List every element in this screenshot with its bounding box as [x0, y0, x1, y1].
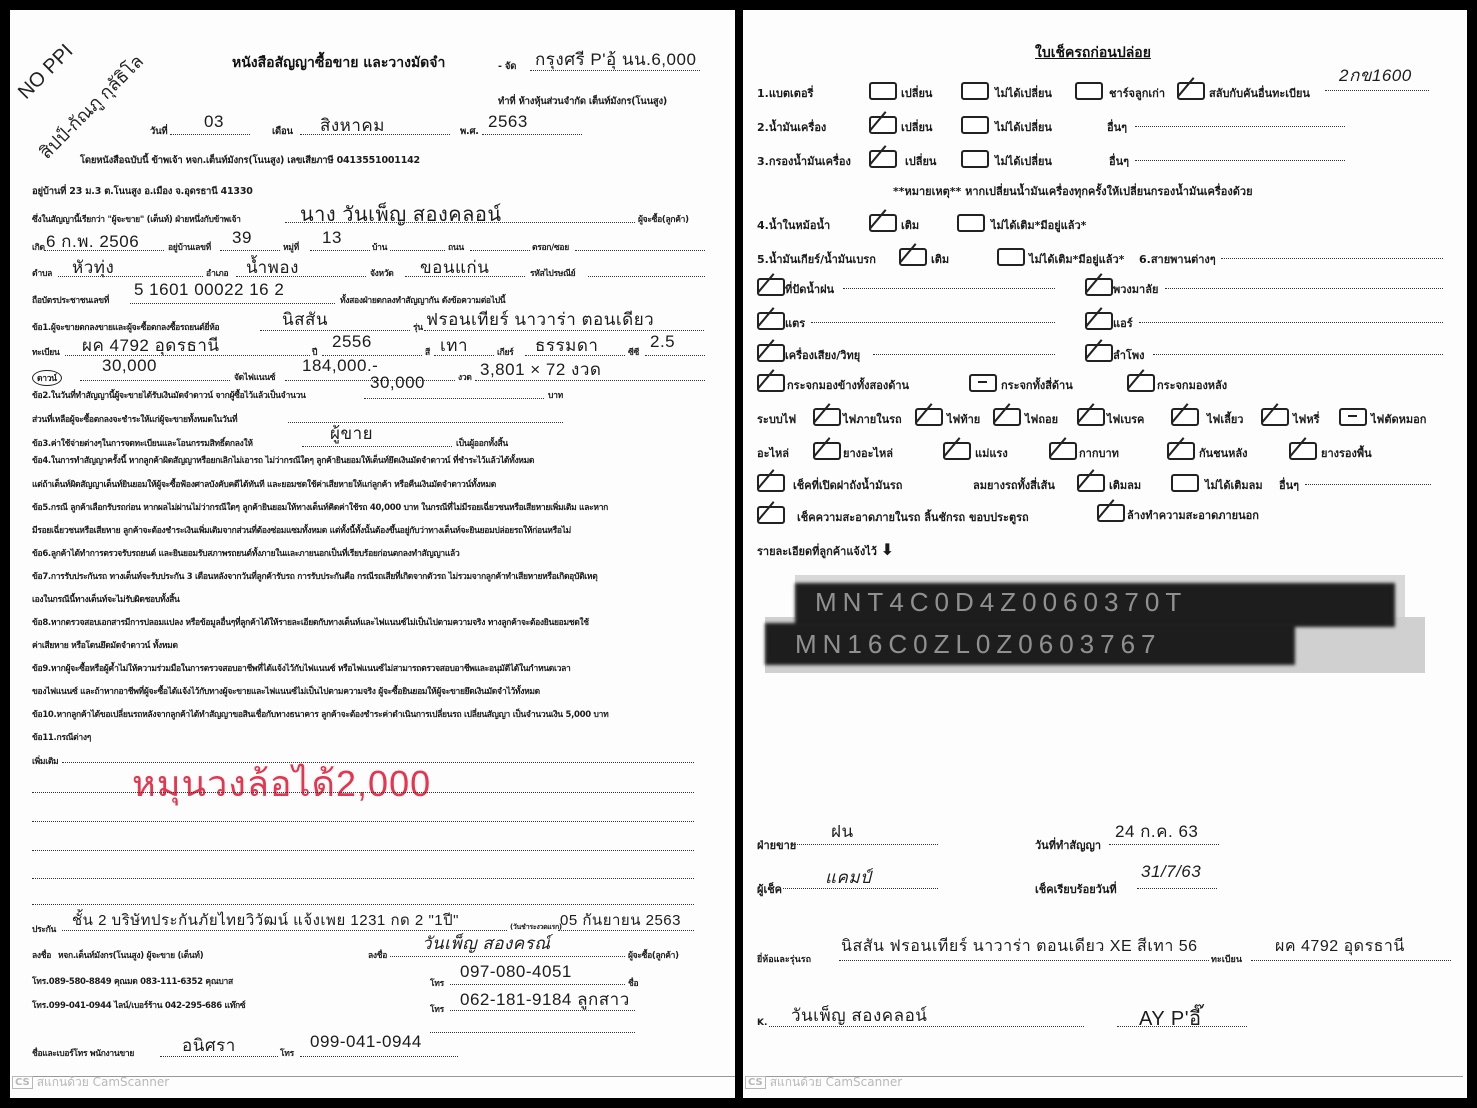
- sales-side-label: ฝ่ายขาย: [757, 836, 796, 854]
- interior-light-checkbox[interactable]: [813, 408, 841, 426]
- installment-value: 3,801 × 72 งวด: [480, 356, 601, 383]
- floor-mat-checkbox[interactable]: [1289, 442, 1317, 460]
- radio-checkbox[interactable]: [757, 344, 785, 362]
- year-value: 2563: [488, 112, 528, 132]
- horn-label: แตร: [785, 314, 805, 332]
- gear-brake-not-filled-label: ไม่ได้เติม*มีอยู่แล้ว*: [1029, 250, 1124, 268]
- clause4-line1: ข้อ4.ในการทำสัญญาครั้งนี้ หากลูกค้าผิดสั…: [32, 453, 534, 467]
- reg-label: ทะเบียน: [32, 345, 59, 359]
- rear-bumper-checkbox[interactable]: [1167, 442, 1195, 460]
- house-value: 39: [232, 228, 252, 248]
- customer-name: วันเพ็ญ สองคลอน์: [791, 1002, 927, 1029]
- brake-light-checkbox[interactable]: [1077, 408, 1105, 426]
- village-label: บ้าน: [372, 240, 387, 254]
- extra-label: เพิ่มเติม: [32, 754, 58, 768]
- watermark-text: สแกนด้วย CamScanner: [770, 1073, 902, 1092]
- salesperson-phone-label: โทร: [280, 1046, 294, 1060]
- radiator-fill-label: เติม: [901, 216, 919, 234]
- wiper-checkbox[interactable]: [757, 278, 785, 296]
- clause7-line2: เองในกรณีนี้ทางเต็นท์จะไม่รับผิดชอบทั้งส…: [32, 592, 180, 606]
- checklist-page: ใบเช็ครถก่อนปล่อย 1.แบตเตอรี่ เปลี่ยน ไม…: [743, 10, 1467, 1098]
- clean-outside-label: ล้างทำความสะอาดภายนอก: [1127, 506, 1259, 524]
- remaining-text: ส่วนที่เหลือผู้จะซื้อตกลงจะชำระให้แก่ผู้…: [32, 412, 237, 426]
- clause9-line2: ของไฟแนนซ์ และถ้าหากอาชีพที่ผู้จะซื้อได้…: [32, 684, 540, 698]
- contract-page: NO PPI สิปป์-กัณภู กุลัธิโล หนังสือสัญญา…: [10, 10, 735, 1098]
- horn-checkbox[interactable]: [757, 312, 785, 330]
- engine-oil-label: 2.น้ำมันเครื่อง: [757, 118, 826, 136]
- camscanner-logo-icon: CS: [12, 1076, 33, 1089]
- reverse-light-checkbox[interactable]: [993, 408, 1021, 426]
- year-label: พ.ศ.: [460, 124, 479, 139]
- car-model: ฟรอนเทียร์ นาวาร่า ตอนเดียว: [426, 306, 654, 333]
- handwritten-stamp-1: NO PPI: [14, 40, 78, 104]
- tire-inflate-checkbox[interactable]: [1077, 474, 1105, 492]
- aircon-label: แอร์: [1113, 314, 1133, 332]
- watermark-text: สแกนด้วย CamScanner: [37, 1073, 169, 1092]
- sales-side-value: ฝน: [831, 818, 854, 845]
- aircon-checkbox[interactable]: [1085, 312, 1113, 330]
- clause5-line1: ข้อ5.กรณี ลูกค้าเลือกรับรถก่อน หากผลไม่ผ…: [32, 500, 608, 514]
- floor-mat-label: ยางรองพื้น: [1321, 444, 1372, 462]
- soi-label: ตรอก/ซอย: [532, 240, 569, 254]
- radiator-not-filled-label: ไม่ได้เติม*มีอยู่แล้ว*: [991, 216, 1086, 234]
- battery-label: 1.แบตเตอรี่: [757, 84, 813, 102]
- seller-sign-label: ลงชื่อ: [32, 948, 51, 962]
- clause2-text: ข้อ2.ในวันที่ทำสัญญานี้ผู้จะขายได้รับเงิ…: [32, 388, 306, 402]
- checked-date-value: 31/7/63: [1141, 862, 1201, 882]
- day-value: 03: [204, 112, 224, 132]
- steering-label: พวงมาลัย: [1113, 280, 1158, 298]
- gear-brake-oil-label: 5.น้ำมันเกียร์/น้ำมันเบรก: [757, 250, 876, 268]
- installment-label: งวด: [458, 370, 472, 384]
- speaker-label: ลำโพง: [1113, 346, 1144, 364]
- oil-filter-replace-label: เปลี่ยน: [905, 152, 936, 170]
- all-windows-label: กระจกทั้งสี่ด้าน: [1001, 376, 1073, 394]
- plate-value: ผค 4792 อุดรธานี: [1275, 934, 1405, 959]
- finance-value: 184,000.-: [302, 356, 378, 376]
- engine-oil-other-label: อื่นๆ: [1107, 118, 1127, 136]
- engine-oil-not-replaced-label: ไม่ได้เปลี่ยน: [995, 118, 1052, 136]
- arrow-down-icon: ⬇: [881, 540, 894, 559]
- parking-light-checkbox[interactable]: [1261, 408, 1289, 426]
- contract-date-label: วันที่ทำสัญญา: [1035, 836, 1101, 854]
- tire-other-label: อื่นๆ: [1279, 476, 1299, 494]
- zip-label: รหัสไปรษณีย์: [530, 266, 575, 280]
- radiator-water-label: 4.น้ำในหม้อน้ำ: [757, 216, 830, 234]
- parts-label: อะไหล่: [757, 444, 789, 462]
- salesperson-name: อนิศรา: [182, 1032, 236, 1059]
- buyer-sign-label: ลงชื่อ: [368, 948, 387, 962]
- plate-label: ทะเบียน: [1211, 952, 1242, 966]
- oil-filter-not-replaced-checkbox[interactable]: [961, 150, 989, 168]
- camscanner-watermark: CS สแกนด้วย CamScanner: [12, 1073, 169, 1092]
- battery-charged-label: ชาร์จลูกเก่า: [1109, 84, 1165, 102]
- redacted-line-1: MNT4C0D4Z0060370T: [815, 587, 1187, 618]
- gear-brake-fill-label: เติม: [931, 250, 949, 268]
- id-value: 5 1601 00022 16 2: [134, 280, 284, 300]
- jack-label: แม่แรง: [975, 444, 1008, 462]
- brake-light-label: ไฟเบรค: [1107, 410, 1144, 428]
- insurance-label: ประกัน: [32, 922, 56, 936]
- battery-not-replaced-checkbox[interactable]: [961, 82, 989, 100]
- battery-charged-checkbox[interactable]: [1075, 82, 1103, 100]
- id-suffix: ทั้งสองฝ่ายตกลงทำสัญญากัน ดังข้อความต่อไ…: [340, 293, 505, 307]
- clause8-line2: ค่าเสียหาย หรือโดนยึดมัดจำดาวน์ ทั้งหมด: [32, 638, 178, 652]
- tail-light-checkbox[interactable]: [915, 408, 943, 426]
- shop-phone-1: โทร.089-580-8849 คุณมด 083-111-6352 คุณบ…: [32, 974, 233, 988]
- turn-signal-label: ไฟเลี้ยว: [1207, 410, 1243, 428]
- clause3-text: ข้อ3.ค่าใช้จ่ายต่างๆในการจดทะเบียนและโอน…: [32, 436, 253, 450]
- fog-light-checkbox[interactable]: [1339, 408, 1367, 426]
- clause3-suffix: เป็นผู้ออกทั้งสิ้น: [456, 436, 508, 450]
- battery-replace-label: เปลี่ยน: [901, 84, 932, 102]
- belts-label: 6.สายพานต่างๆ: [1139, 250, 1216, 268]
- battery-not-replaced-label: ไม่ได้เปลี่ยน: [995, 84, 1052, 102]
- engine-oil-not-replaced-checkbox[interactable]: [961, 116, 989, 134]
- wiper-label: ที่ปัดน้ำฝน: [785, 280, 834, 298]
- cc-value: 2.5: [650, 332, 675, 352]
- clean-inside-label: เช็คความสะอาดภายในรถ ลิ้นชักรถ ขอบประตูร…: [797, 508, 1029, 526]
- gear-brake-fill-checkbox[interactable]: [899, 248, 927, 266]
- lug-wrench-checkbox[interactable]: [1049, 442, 1077, 460]
- oil-filter-other-label: อื่นๆ: [1109, 152, 1129, 170]
- car-brand: นิสสัน: [282, 306, 328, 333]
- radiator-not-filled-checkbox[interactable]: [957, 214, 985, 232]
- moo-label: หมู่ที่: [283, 240, 299, 254]
- rear-mirror-label: กระจกมองหลัง: [1157, 376, 1227, 394]
- made-at: ทำที่ ห้างหุ้นส่วนจำกัด เต็นท์มังกร(โนนส…: [498, 94, 667, 109]
- interior-light-label: ไฟภายในรถ: [843, 410, 902, 428]
- tire-not-inflated-checkbox[interactable]: [1171, 474, 1199, 492]
- redacted-vin-block: MNT4C0D4Z0060370T MN16C0ZL0Z0603767: [765, 565, 1415, 675]
- buyer-signature: วันเพ็ญ สองครณ์: [422, 930, 551, 957]
- fuel-cap-checkbox[interactable]: [757, 474, 785, 492]
- steering-checkbox[interactable]: [1085, 278, 1113, 296]
- oil-filter-replace-checkbox[interactable]: [869, 150, 897, 168]
- day-label: วันที่: [150, 124, 168, 139]
- clean-inside-checkbox[interactable]: [757, 506, 785, 524]
- color-label: สี: [425, 345, 430, 359]
- rear-mirror-checkbox[interactable]: [1127, 374, 1155, 392]
- spare-tire-label: ยางอะไหล่: [843, 444, 893, 462]
- buyer-phone-2: 062-181-9184 ลูกสาว: [460, 986, 630, 1013]
- spare-tire-checkbox[interactable]: [813, 442, 841, 460]
- battery-replace-checkbox[interactable]: [869, 82, 897, 100]
- tail-light-label: ไฟท้าย: [947, 410, 980, 428]
- handwritten-red-note: หมุนวงล้อได้2,000: [132, 755, 431, 812]
- battery-swapped-checkbox[interactable]: [1177, 82, 1205, 100]
- first-due-value: 05 กันยายน 2563: [560, 908, 681, 932]
- checklist-title: ใบเช็ครถก่อนปล่อย: [1035, 42, 1151, 64]
- province-label: จังหวัด: [370, 266, 394, 280]
- lights-label: ระบบไฟ: [757, 410, 796, 428]
- road-label: ถนน: [448, 240, 464, 254]
- vehicle-label: ยี่ห้อและรุ่นรถ: [757, 952, 811, 966]
- battery-swapped-label: สลับกับคันอื่นทะเบียน: [1209, 84, 1310, 102]
- insurance-value: ชั้น 2 บริษัทประกันภัยไทยวิวัฒน์ แจ้งเพย…: [72, 908, 459, 932]
- customer-prefix: K.: [757, 1018, 767, 1028]
- address-text: อยู่บ้านที่ 23 ม.3 ต.โนนสูง อ.เมือง จ.อุ…: [32, 184, 253, 199]
- fee-payer: ผู้ขาย: [330, 420, 373, 447]
- buyer-phone-1: 097-080-4051: [460, 962, 572, 982]
- clause6: ข้อ6.ลูกค้าได้ทำการตรวจรับรถยนต์ และยินย…: [32, 546, 459, 560]
- oil-filter-label: 3.กรองน้ำมันเครื่อง: [757, 152, 851, 170]
- salesperson-phone: 099-041-0944: [310, 1032, 422, 1052]
- parking-light-label: ไฟหรี่: [1293, 410, 1319, 428]
- all-windows-checkbox[interactable]: [969, 374, 997, 392]
- customer-note-text: รายละเอียดที่ลูกค้าแจ้งไว้: [757, 545, 877, 558]
- gear-brake-not-filled-checkbox[interactable]: [997, 248, 1025, 266]
- model-label: รุ่น: [413, 320, 423, 334]
- finance-label: จัดไฟแนนซ์: [234, 370, 275, 384]
- buyer-prefix: ซึ่งในสัญญานี้เรียกว่า "ผู้จะขาย" (เต็นท…: [32, 212, 241, 226]
- clean-outside-checkbox[interactable]: [1097, 504, 1125, 522]
- document-title: หนังสือสัญญาซื้อขาย และวางมัดจำ: [232, 52, 445, 74]
- engine-oil-replace-label: เปลี่ยน: [901, 118, 932, 136]
- house-label: อยู่บ้านเลขที่: [168, 240, 211, 254]
- side-mirrors-checkbox[interactable]: [757, 374, 785, 392]
- speaker-checkbox[interactable]: [1085, 344, 1113, 362]
- fuel-cap-label: เช็คที่เปิดฝาถังน้ำมันรถ: [793, 476, 902, 494]
- buyer-suffix: ผู้จะซื้อ(ลูกค้า): [638, 212, 689, 226]
- amphoe-label: อำเภอ: [206, 266, 228, 280]
- tire-inflate-label: เติมลม: [1109, 476, 1141, 494]
- tire-not-inflated-label: ไม่ได้เติมลม: [1205, 476, 1263, 494]
- clause9-line1: ข้อ9.หากผู้จะซื้อหรือผู้ค้ำไม่ให้ความร่ว…: [32, 661, 570, 675]
- jack-checkbox[interactable]: [943, 442, 971, 460]
- oil-filter-not-replaced-label: ไม่ได้เปลี่ยน: [995, 152, 1052, 170]
- moo-value: 13: [322, 228, 342, 248]
- birth-label: เกิด: [32, 240, 45, 254]
- camscanner-watermark-right: CS สแกนด้วย CamScanner: [745, 1073, 902, 1092]
- intro-text: โดยหนังสือฉบับนี้ ข้าพเจ้า หจก.เต็นท์มัง…: [80, 153, 420, 168]
- finance-note: AY P'อี๊: [1139, 1002, 1202, 1034]
- lug-wrench-label: กากบาท: [1079, 444, 1119, 462]
- clause11: ข้อ11.กรณีต่างๆ: [32, 730, 91, 744]
- tambon-label: ตำบล: [32, 266, 52, 280]
- redacted-line-2: MN16C0ZL0Z0603767: [795, 629, 1162, 660]
- customer-note-label: รายละเอียดที่ลูกค้าแจ้งไว้ ⬇: [757, 540, 894, 560]
- deposit-amount: 30,000: [370, 373, 425, 393]
- seller-sign: หจก.เต็นท์มังกร(โนนสูง) ผู้จะขาย (เต็นท์…: [58, 948, 203, 962]
- vehicle-value: นิสสัน ฟรอนเทียร์ นาวาร่า ตอนเดียว XE สี…: [841, 934, 1198, 959]
- checked-date-label: เช็คเรียบร้อยวันที่: [1035, 880, 1117, 898]
- battery-swap-plate: 2กข1600: [1339, 62, 1412, 89]
- contract-date-value: 24 ก.ค. 63: [1115, 818, 1198, 845]
- id-label: ถือบัตรประชาชนเลขที่: [32, 293, 109, 307]
- radiator-fill-checkbox[interactable]: [869, 214, 897, 232]
- salesperson-label: ชื่อและเบอร์โทร พนักงานขาย: [32, 1046, 134, 1060]
- rear-bumper-label: กันชนหลัง: [1199, 444, 1248, 462]
- clause8-line1: ข้อ8.หากตรวจสอบเอกสารมีการปลอมแปลง หรือข…: [32, 615, 589, 629]
- cc-label: ซีซี: [628, 345, 639, 359]
- fog-light-label: ไฟตัดหมอก: [1371, 410, 1426, 428]
- baht-unit: บาท: [548, 388, 563, 402]
- clause10: ข้อ10.หากลูกค้าได้ขอเปลี่ยนรถหลังจากลูกค…: [32, 707, 608, 721]
- down-value: 30,000: [102, 356, 157, 376]
- camscanner-logo-icon: CS: [745, 1076, 766, 1089]
- month-label: เดือน: [272, 124, 293, 139]
- side-mirrors-label: กระจกมองข้างทั้งสองด้าน: [787, 376, 909, 394]
- checker-label: ผู้เช็ค: [757, 880, 782, 898]
- clause7-line1: ข้อ7.การรับประกันรถ ทางเต็นท์จะรับประกัน…: [32, 569, 597, 583]
- code-value: กรุงศรี P'อุ้ นน.6,000: [535, 46, 696, 73]
- down-label: ดาวน์: [32, 370, 62, 386]
- clause4-line2: แต่ถ้าเต็นท์ผิดสัญญาเต็นท์ยินยอมให้ผู้จะ…: [32, 477, 496, 491]
- shop-phone-2: โทร.099-041-0944 ไลน์/เบอร์ร้าน 042-295-…: [32, 998, 245, 1012]
- turn-signal-checkbox[interactable]: [1171, 408, 1199, 426]
- clause5-line2: มีรอยเฉี่ยวชนหรือเสียหาย ลูกค้าจะต้องชำร…: [32, 523, 571, 537]
- reverse-light-label: ไฟถอย: [1025, 410, 1058, 428]
- buyer-phone-label-1: โทร: [430, 976, 444, 990]
- buyer-sign-suffix: ผู้จะซื้อ(ลูกค้า): [628, 948, 679, 962]
- buyer-name: นาง วันเพ็ญ สองคลอน์: [300, 198, 502, 230]
- buyer-phone-label-2: โทร: [430, 1002, 444, 1016]
- code-label: - จัด: [498, 59, 516, 74]
- remark-note: **หมายเหตุ** หากเปลี่ยนน้ำมันเครื่องทุกค…: [893, 182, 1253, 200]
- year-model-value: 2556: [332, 332, 372, 352]
- engine-oil-replace-checkbox[interactable]: [869, 116, 897, 134]
- checker-value: แคมป์: [825, 864, 871, 891]
- tire-pressure-label: ลมยางรถทั้งสี่เส้น: [973, 476, 1055, 494]
- radio-label: เครื่องเสียง/วิทยุ: [785, 346, 860, 364]
